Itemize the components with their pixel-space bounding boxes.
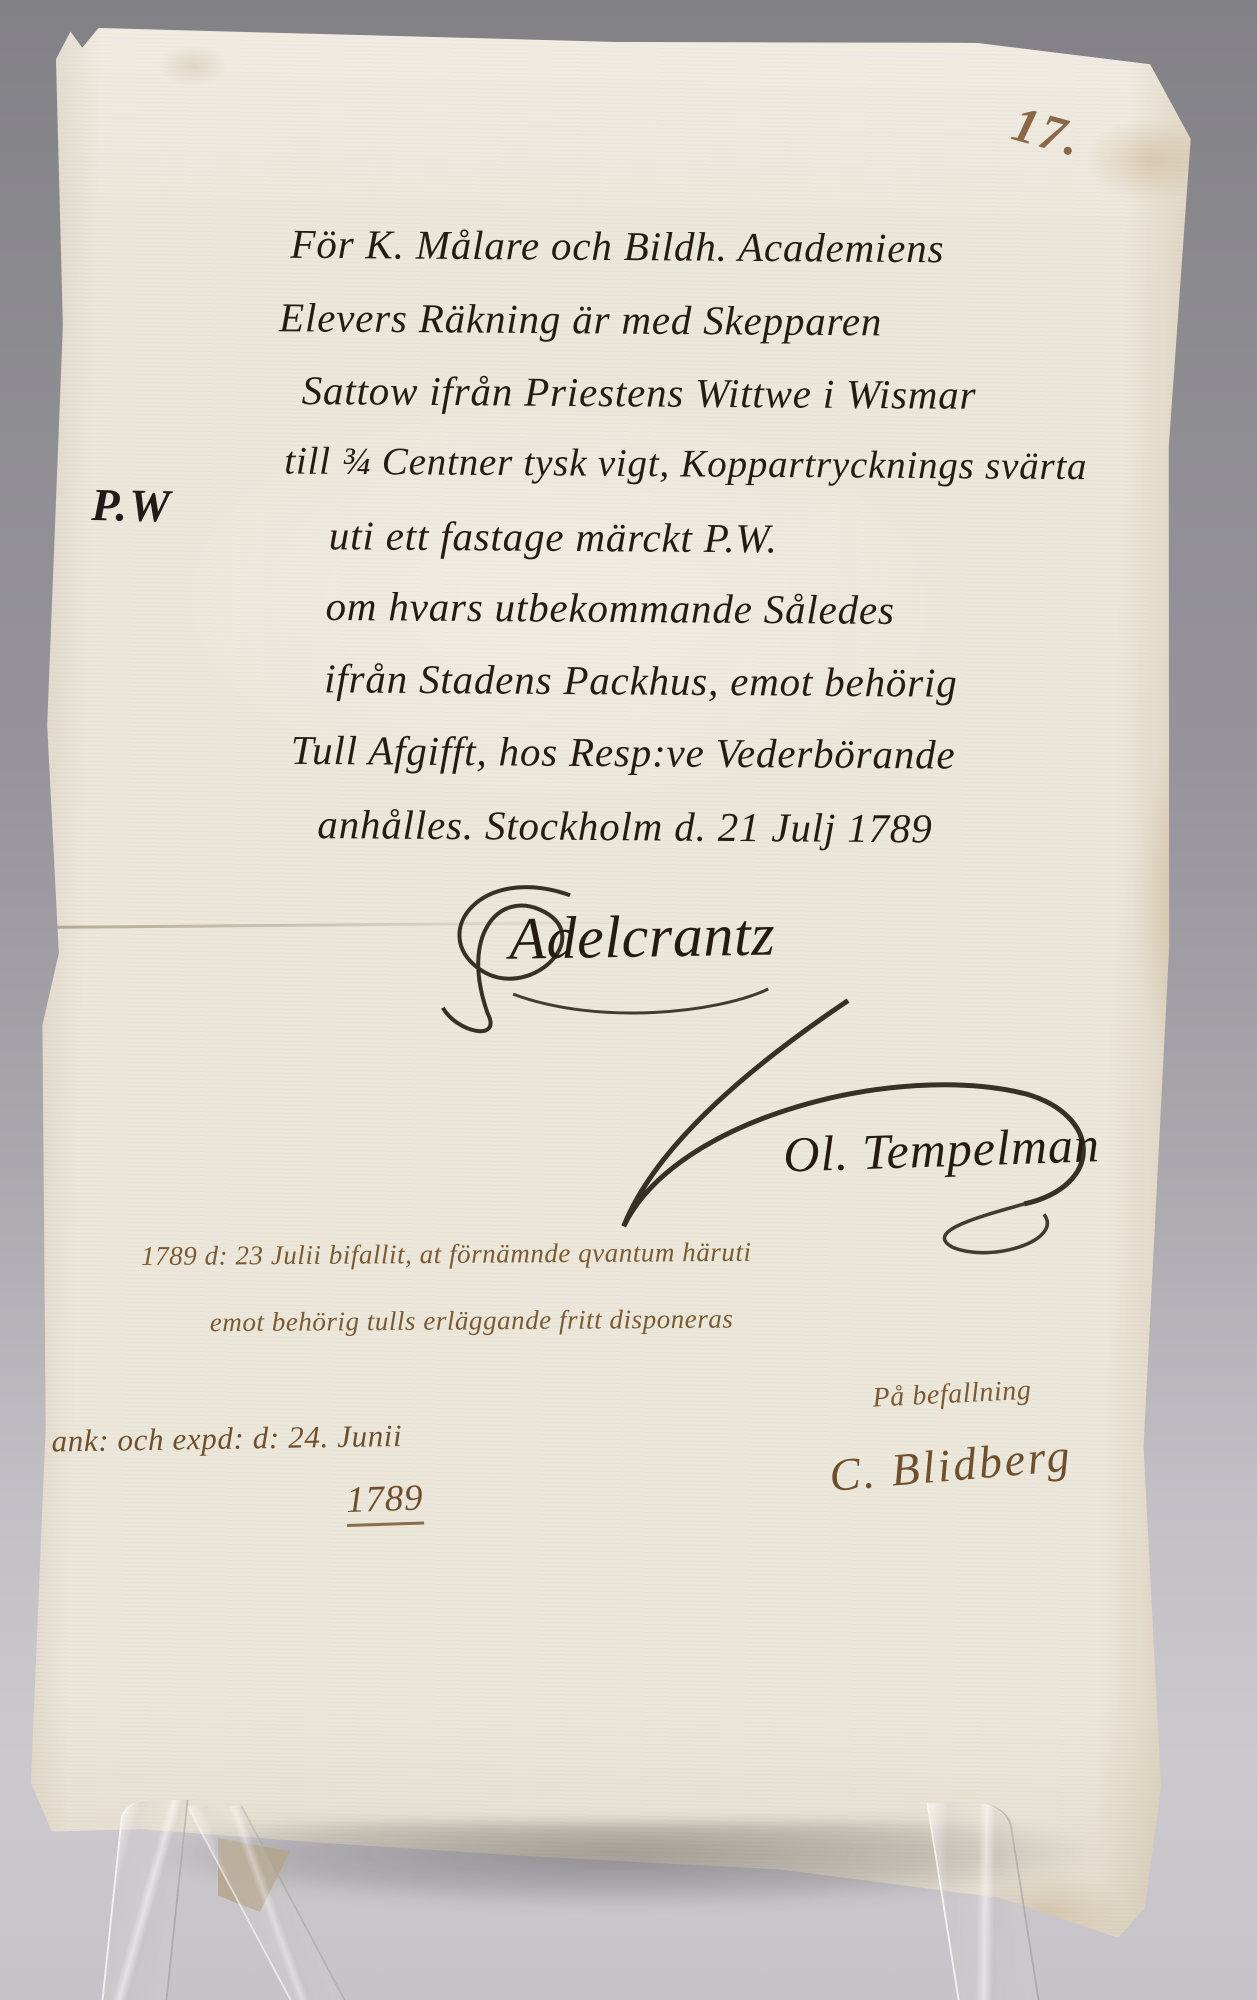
signature-tempelman: Ol. Tempelman bbox=[782, 1115, 1100, 1183]
body-line-6: om hvars utbekommande Således bbox=[325, 582, 895, 634]
received-note: ank: och expd: d: 24. Junii bbox=[51, 1418, 402, 1460]
page-number: 17. bbox=[1006, 94, 1089, 168]
margin-mark-pw: P.W bbox=[91, 478, 173, 533]
photograph: 17. P.W För K. Målare och Bildh. Academi… bbox=[0, 0, 1257, 2000]
body-line-7: ifrån Stadens Packhus, emot behörig bbox=[324, 654, 958, 706]
annotation-line-1: 1789 d: 23 Julii bifallit, at förnämnde … bbox=[141, 1237, 752, 1272]
signature-blidberg: C. Blidberg bbox=[827, 1428, 1074, 1502]
by-order-note: På befallning bbox=[872, 1375, 1032, 1415]
signature-adelcrantz: Adelcrantz bbox=[509, 901, 776, 974]
annotation-line-2: emot behörig tulls erläggande fritt disp… bbox=[210, 1304, 734, 1339]
received-year: 1789 bbox=[346, 1477, 425, 1528]
body-line-2: Elevers Räkning är med Skepparen bbox=[279, 293, 882, 345]
body-line-8: Tull Afgifft, hos Resp:ve Vederbörande bbox=[291, 726, 956, 779]
body-line-3: Sattow ifrån Priestens Wittwe i Wismar bbox=[302, 366, 977, 419]
body-line-5: uti ett fastage märckt P.W. bbox=[329, 511, 778, 562]
document-sheet: 17. P.W För K. Målare och Bildh. Academi… bbox=[20, 25, 1196, 1939]
body-line-4: till ¾ Centner tysk vigt, Koppartrycknin… bbox=[284, 439, 1087, 490]
body-line-1: För K. Målare och Bildh. Academiens bbox=[290, 220, 944, 273]
underlying-sheet-edge bbox=[22, 725, 47, 1825]
body-line-9: anhålles. Stockholm d. 21 Julj 1789 bbox=[317, 800, 932, 852]
